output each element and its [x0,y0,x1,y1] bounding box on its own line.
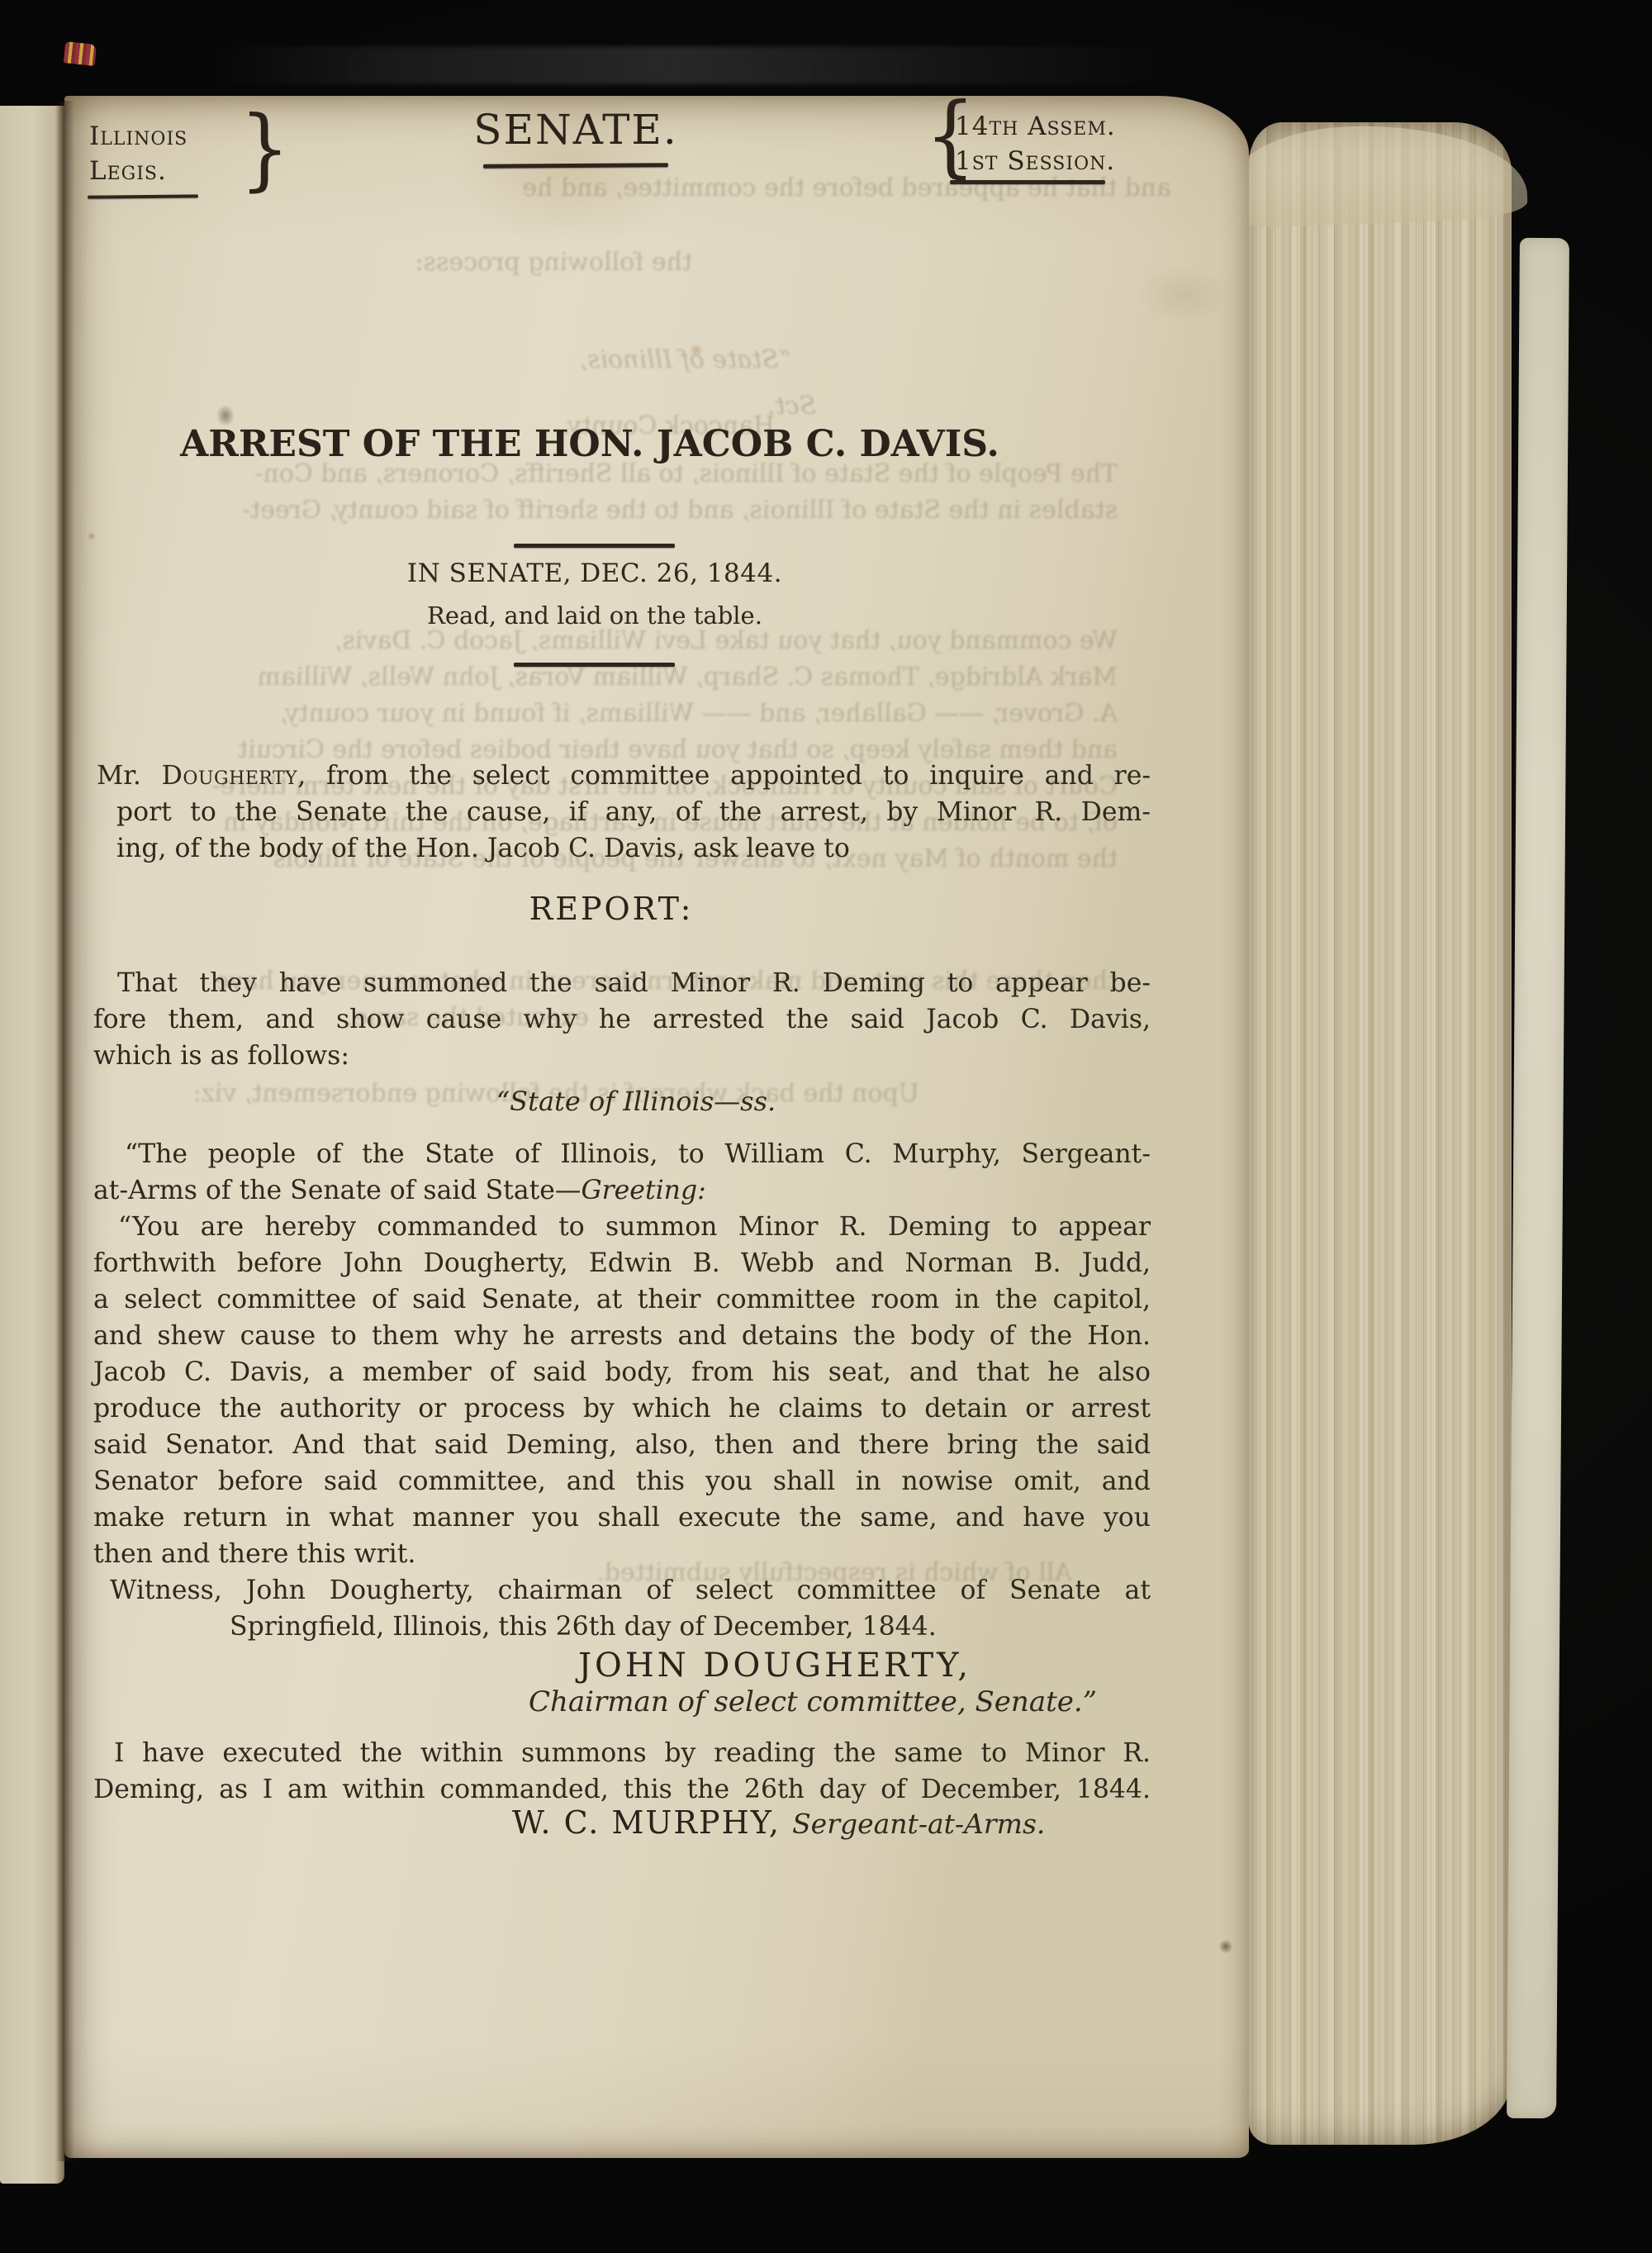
divider-rule-top [514,544,675,548]
text-line: That they have summoned the said Minor R… [93,965,1151,1001]
bleedthrough-text: “State of Illinois, [510,344,791,377]
endpaper-strip [1507,238,1569,2118]
text-line: port to the Senate the cause, if any, of… [93,794,1151,830]
bleedthrough-text: the following process: [263,246,692,279]
text-run-smallcaps: Dougherty [162,761,298,791]
in-senate-dateline: IN SENATE, DEC. 26, 1844. [66,558,1123,588]
signature-murphy-title: Sergeant-at-Arms. [792,1808,1045,1840]
text-line: Deming, as I am within commanded, this t… [93,1771,1151,1808]
text-run-italic: Greeting: [581,1176,705,1205]
text-run: , from the select committee appointed to… [297,761,1151,791]
facing-page-sliver [0,106,64,2184]
text-line: which is as follows: [93,1038,1151,1074]
text-line: Springfield, Illinois, this 26th day of … [93,1609,1151,1645]
header-left-line2: Legis. [89,154,188,188]
text-line: Senator before said committee, and this … [93,1463,1151,1500]
header-left-rule [88,194,198,198]
document-title: ARREST OF THE HON. JACOB C. DAVIS. [64,423,1115,465]
spine-headband [64,41,97,66]
text-line: forthwith before John Dougherty, Edwin B… [93,1245,1151,1281]
text-line: “You are hereby commanded to summon Mino… [93,1209,1151,1245]
text-line: a select committee of said Senate, at th… [93,1281,1151,1318]
header-center-senate: SENATE. [328,106,824,154]
intro-paragraph: Mr. Dougherty, from the select committee… [93,758,1151,867]
text-line: at-Arms of the Senate of said State—Gree… [93,1172,1151,1209]
header-right-line2: 1st Session. [955,144,1116,178]
text-line: make return in what manner you shall exe… [93,1500,1151,1536]
header-right-rule [950,180,1105,184]
signature-dougherty-name: JOHN DOUGHERTY, [578,1647,971,1685]
signature-dougherty-title: Chairman of select committee, Senate.” [529,1685,1097,1718]
writ-paragraph: “The people of the State of Illinois, to… [93,1136,1151,1645]
report-heading: REPORT: [83,891,1140,927]
page-stain [1138,266,1229,324]
text-line: “The people of the State of Illinois, to… [93,1136,1151,1172]
text-line: and shew cause to them why he arrests an… [93,1318,1151,1354]
read-laid-on-table-line: Read, and laid on the table. [66,601,1123,630]
text-line: ing, of the body of the Hon. Jacob C. Da… [93,830,1151,867]
text-run: Mr. [97,761,162,791]
text-line: Witness, John Dougherty, chairman of sel… [93,1572,1151,1609]
text-line: said Senator. And that said Deming, also… [93,1427,1151,1463]
bleedthrough-text: We command you, that you take Levi Willi… [93,625,1118,658]
text-line: fore them, and show cause why he arreste… [93,1001,1151,1038]
header-left: Illinois Legis. [89,119,188,188]
finding-paragraph: That they have summoned the said Minor R… [93,965,1151,1074]
return-paragraph: I have executed the within summons by re… [93,1735,1151,1808]
page-speck [1219,1940,1232,1953]
text-line: Mr. Dougherty, from the select committee… [93,758,1151,794]
text-line: I have executed the within summons by re… [93,1735,1151,1771]
document-page: and that he appeared before the committe… [64,96,1249,2158]
gutter-shadow [56,101,74,2161]
text-run: at-Arms of the Senate of said State— [93,1176,581,1205]
page-speck [689,344,704,357]
header-right: 14th Assem. 1st Session. [955,109,1116,178]
bleedthrough-text: A. Grover, —— Gallaher, and —— Williams,… [93,697,1118,730]
signature-murphy: W. C. MURPHY, Sergeant-at-Arms. [512,1804,1045,1841]
page-speck [88,532,96,540]
book-photograph: and that he appeared before the committe… [0,0,1652,2253]
divider-rule-bottom [514,663,675,667]
bleedthrough-text: stables in the State of Illinois, and to… [93,494,1118,527]
header-right-line1: 14th Assem. [955,109,1116,144]
text-line: produce the authority or process by whic… [93,1390,1151,1427]
text-line: Jacob C. Davis, a member of said body, f… [93,1354,1151,1390]
cover-gloss-highlight [206,46,1181,84]
book-fore-edge-pages [1249,122,1512,2145]
signature-murphy-name: W. C. MURPHY, [512,1804,792,1841]
text-line: then and there this writ. [93,1536,1151,1572]
header-left-line1: Illinois [89,119,188,154]
header-left-brace: } [240,104,290,193]
writ-caption: “State of Illinois—ss. [107,1086,1165,1117]
